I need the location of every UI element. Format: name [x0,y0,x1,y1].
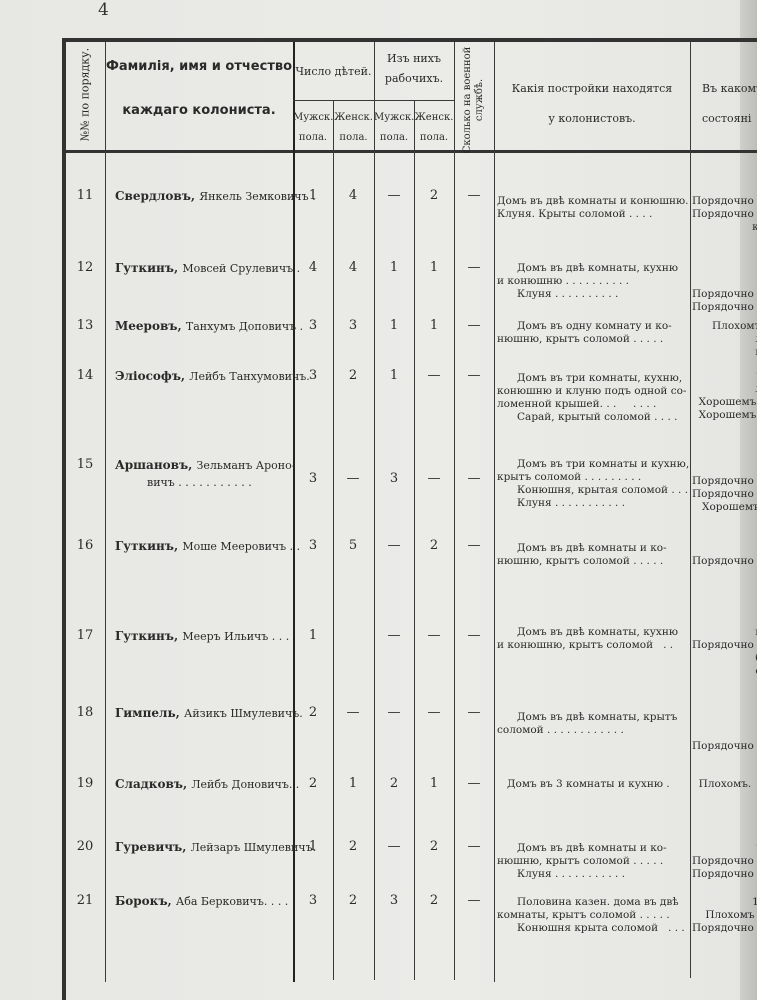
buildings-text: Домъ въ двѣ комнаты и ко- нюшню, крытъ с… [497,842,667,881]
header-condition-line1: Въ какомъ [702,82,757,96]
cell-military: — [454,776,494,791]
given-name: Мовсей Срулевичъ . [182,262,300,275]
buildings-text: Домъ въ 3 комнаты и кухню . [497,778,670,791]
cell-f-workers: 2 [414,538,454,553]
header-condition-line2: состоянi [702,112,757,126]
cell-f-workers: — [414,471,454,486]
cell-f-children: 2 [333,368,373,383]
header-children-male: Мужск.пола. [293,108,333,148]
cell-f-children: 1 [333,776,373,791]
table-left-border [62,38,66,1000]
given-name: Аба Берковичъ. . . . [176,895,288,908]
given-name: Моше Мееровичъ . . [182,540,300,553]
colonist-name: Гуткинъ, Мовсей Срулевичъ . [115,261,300,275]
buildings-text: Домъ въ одну комнату и ко- нюшню, крытъ … [497,320,672,346]
cell-f-children: 2 [333,839,373,854]
row-number: 21 [70,893,100,908]
cell-military: — [454,893,494,908]
cell-m-workers: — [374,188,414,203]
row-number: 18 [70,705,100,720]
label-male: Мужск. [374,108,414,128]
given-name-cont: вичъ . . . . . . . . . . . [115,476,295,489]
header-workers-line2: рабочихъ. [374,72,454,86]
label-sex: пола. [293,128,333,148]
cell-f-workers: — [414,368,454,383]
condition-text: Порядочно 1 Порядочно л ка [692,195,757,234]
surname: Гуткинъ, [115,629,182,643]
condition-text: Порядочно [692,727,754,753]
header-condition: Въ какомъ состоянi [690,82,757,126]
subheader-divider [293,100,454,101]
row-number: 20 [70,839,100,854]
cell-f-workers: 2 [414,893,454,908]
surname: Аршановъ, [115,458,197,472]
cell-military: — [454,260,494,275]
cell-m-workers: 3 [374,893,414,908]
cell-military: — [454,538,494,553]
cell-f-children: 4 [333,188,373,203]
colonist-name: Гимпель, Айзикъ Шмулевичъ. [115,706,303,720]
cell-f-workers: 1 [414,260,454,275]
condition-text: Д Порядочно лу Порядочно Хорошемъ ѣз [692,462,757,514]
label-sex: пола. [374,128,414,148]
col-divider [690,42,691,978]
row-number: 13 [70,318,100,333]
cell-military: — [454,368,494,383]
page-number: 4 [98,0,109,20]
given-name: Танхумъ Доповичъ . [186,320,303,333]
header-workers: Изъ нихъ рабочихъ. [374,52,454,86]
buildings-text: Домъ въ двѣ комнаты и ко- нюшню, крытъ с… [497,542,667,568]
cell-f-children: — [333,471,373,486]
cell-military: — [454,839,494,854]
colonist-name: Свердловъ, Янкель Земковичъ . [115,189,316,203]
cell-m-children: 2 [293,776,333,791]
condition-text: 1 тр Плохомъ лугъ Порядочно токъ [692,896,757,935]
buildings-text: Домъ въ двѣ комнаты, крытъ соломой . . .… [497,711,677,737]
surname: Гуревичъ, [115,840,191,854]
condition-text: Плохомъ. [692,778,751,791]
cell-m-workers: — [374,705,414,720]
colonist-name: Гуткинъ, Мееръ Ильичъ . . . [115,629,289,643]
table-top-border [63,38,757,42]
colonist-name: Гуревичъ, Лейзаръ Шмулевичъ. [115,840,316,854]
header-military: Сколько на военной службѣ. [462,40,486,160]
cell-m-workers: — [374,538,414,553]
buildings-text: Домъ въ двѣ комнаты, кухню и конюшню, кр… [497,626,678,652]
surname: Сладковъ, [115,777,191,791]
buildings-text: Домъ въ двѣ комнаты, кухню и конюшню . .… [497,262,678,301]
cell-military: — [454,471,494,486]
header-name-line1: Фамилія, имя и отчество [105,52,293,82]
cell-military: — [454,318,494,333]
cell-m-workers: 3 [374,471,414,486]
cell-f-workers: — [414,628,454,643]
condition-text: 1 лу Хорошемъ ат Хорошемъ [692,370,757,422]
condition-text: Плохомъ 1 лу ка [692,320,757,359]
header-name-line2: каждаго колониста. [105,96,293,126]
label-sex: пола. [414,128,454,148]
header-buildings-line1: Какія постройки находятся [494,82,690,96]
surname: Эліософъ, [115,369,189,383]
header-name: Фамилія, имя и отчество каждаго колонист… [105,52,293,126]
col-divider [105,42,106,982]
cell-m-children: 3 [293,538,333,553]
cell-m-workers: — [374,839,414,854]
cell-f-workers: — [414,705,454,720]
given-name: Лейбъ Доновичъ. . [191,778,299,791]
cell-f-children: 2 [333,893,373,908]
cell-f-children: 3 [333,318,373,333]
label-male: Мужск. [293,108,333,128]
header-children: Число дѣтей. [293,65,374,79]
colonist-name: Мееровъ, Танхумъ Доповичъ . [115,319,303,333]
given-name: Зельманъ Ароно- [197,459,296,472]
condition-text: Порядочно Порядочно [692,275,754,314]
buildings-text: Домъ въ три комнаты и кухню, крытъ солом… [497,458,689,510]
surname: Гимпель, [115,706,184,720]
header-row-number: №№ по порядку. [79,45,92,145]
cell-f-children: 5 [333,538,373,553]
header-buildings: Какія постройки находятся у колонистовъ. [494,82,690,126]
cell-m-workers: — [374,628,414,643]
header-workers-line1: Изъ нихъ [374,52,454,66]
row-number: 12 [70,260,100,275]
buildings-text: Домъ въ три комнаты, кухню, конюшню и кл… [497,372,686,424]
label-female: Женск. [414,108,454,128]
given-name: Мееръ Ильичъ . . . [182,630,289,643]
header-buildings-line2: у колонистовъ. [494,112,690,126]
cell-f-workers: 1 [414,776,454,791]
cell-m-children: 1 [293,628,333,643]
header-workers-male: Мужск.пола. [374,108,414,148]
row-number: 14 [70,368,100,383]
condition-text: п Порядочно тр бо со [692,626,757,678]
colonist-name: Борокъ, Аба Берковичъ. . . . [115,894,288,908]
cell-f-children: 4 [333,260,373,275]
row-number: 19 [70,776,100,791]
colonist-name: Эліософъ, Лейбъ Танхумовичъ. [115,369,310,383]
header-bottom-border [63,150,757,153]
cell-military: — [454,628,494,643]
cell-m-children: 3 [293,893,333,908]
buildings-text: Домъ въ двѣ комнаты и конюшню. Клуня. Кр… [497,195,688,221]
cell-m-workers: 1 [374,318,414,333]
cell-m-workers: 2 [374,776,414,791]
cell-m-children: 3 [293,471,333,486]
cell-m-children: 3 [293,368,333,383]
cell-military: — [454,188,494,203]
label-sex: пола. [333,128,374,148]
surname: Гуткинъ, [115,261,182,275]
surname: Свердловъ, [115,189,199,203]
cell-m-children: 1 [293,188,333,203]
colonist-name: Гуткинъ, Моше Мееровичъ . . [115,539,300,553]
cell-military: — [454,705,494,720]
header-workers-female: Женск.пола. [414,108,454,148]
header-children-female: Женск.пола. [333,108,374,148]
cell-m-children: 3 [293,318,333,333]
row-number: 17 [70,628,100,643]
cell-f-workers: 2 [414,839,454,854]
row-number: 11 [70,188,100,203]
given-name: Лейбъ Танхумовичъ. [189,370,310,383]
buildings-text: Половина казен. дома въ двѣ комнаты, кры… [497,896,685,935]
cell-f-workers: 2 [414,188,454,203]
cell-m-children: 1 [293,839,333,854]
row-number: 15 [70,457,100,472]
surname: Борокъ, [115,894,176,908]
cell-m-children: 2 [293,705,333,720]
row-number: 16 [70,538,100,553]
cell-m-workers: 1 [374,260,414,275]
surname: Гуткинъ, [115,539,182,553]
colonist-name: Аршановъ, Зельманъ Ароно-вичъ . . . . . … [115,458,295,489]
cell-m-children: 4 [293,260,333,275]
given-name: Айзикъ Шмулевичъ. [184,707,303,720]
condition-text: 1 д Порядочно лугъ Порядочно 1 [692,842,757,881]
cell-f-children: — [333,705,373,720]
surname: Мееровъ, [115,319,186,333]
col-divider [494,42,495,982]
cell-m-workers: 1 [374,368,414,383]
label-female: Женск. [333,108,374,128]
cell-f-workers: 1 [414,318,454,333]
colonist-name: Сладковъ, Лейбъ Доновичъ. . [115,777,299,791]
condition-text: Порядочно [692,542,754,568]
